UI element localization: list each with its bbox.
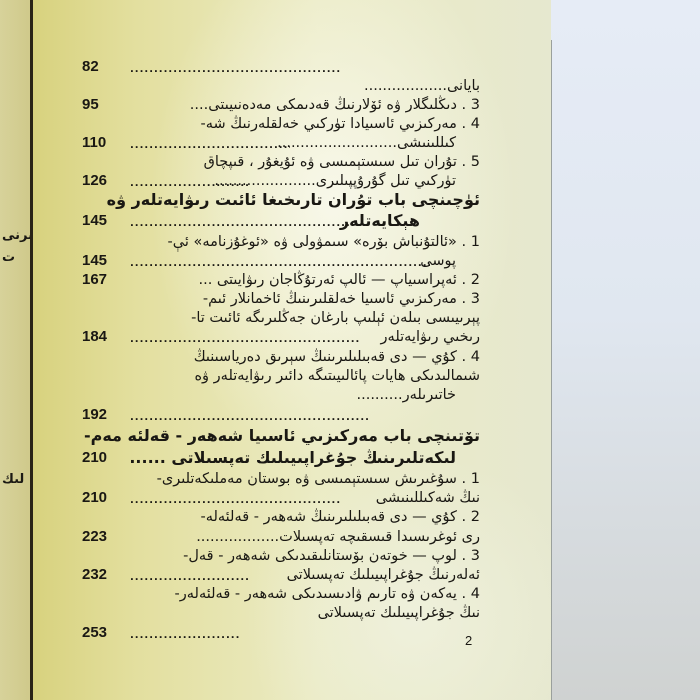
toc-entry-line: 2 . ئەپراسىياپ — ئالپ ئەرتۇڭاجان رىۋايىت…	[82, 270, 480, 290]
toc-entry-line: 2 . كۇي — دى قەبىلىلىرىنىڭ شەھەر - قەلئە…	[82, 507, 480, 527]
toc-entry-text: شىمالىدىكى ھايات پائالىيىتىگە دائىر رىۋا…	[194, 366, 480, 386]
dot-leader: ..........................	[130, 626, 240, 646]
toc-entry-text: كىللىنىشى..........................	[277, 133, 456, 153]
toc-page-number: 184	[82, 327, 107, 347]
toc-entry-line: 5 . تۇران تىل سىستېمىسى ۋە ئۇيغۇر ، قىپچ…	[82, 152, 480, 172]
left-page-fragment: بىرنى	[2, 228, 32, 243]
toc-entry-line: 253..........................	[82, 623, 480, 643]
toc-entry-text: 3 . دىڭلىگلار ۋە ئۆلارنىڭ قەدىمكى مەدەنى…	[190, 95, 480, 115]
toc-page-number: 95	[82, 95, 99, 115]
toc-entry-line: تۈركىي تىل گۇرۇپپىلىرى..................…	[82, 171, 480, 191]
toc-page-number: 210	[82, 448, 107, 468]
toc-entry-text: 1 . «ئالتۇنباش بۆرە» سىمۋولى ۋە «ئوغۇزنا…	[168, 232, 480, 252]
dot-leader: ........................................…	[130, 408, 370, 428]
toc-entry-text: 3 . مەركىزىي ئاسىيا خەلقلىرىنىڭ ئاخمانلا…	[203, 289, 480, 309]
toc-chapter-line: تۆتىنچى باب مەركىزىي ئاسىيا شەھەر - قەلئ…	[82, 426, 480, 446]
toc-entry-line: پوسى145.................................…	[82, 251, 480, 271]
toc-entry-text: 3 . لوپ — خوتەن بۆستانلىقىدىكى شەھەر - ق…	[183, 546, 480, 566]
toc-entry-text: 2 . كۇي — دى قەبىلىلىرىنىڭ شەھەر - قەلئە…	[200, 507, 480, 527]
toc-page-number: 110	[82, 133, 106, 153]
left-page-fragment: لىك	[2, 472, 24, 487]
toc-entry-line: پېرىيىسى بىلەن ئېلىپ بارغان جەڭلىرىگە ئا…	[82, 308, 480, 328]
toc-page-number: 145	[82, 251, 107, 271]
toc-entry-text: تۈركىي تىل گۇرۇپپىلىرى..................…	[214, 171, 456, 191]
toc-entry-text: 4 . كۇي — دى قەبىلىلىرىنىڭ سېرىق دەرياسى…	[194, 347, 480, 367]
toc-entry-line: 4 . يەكەن ۋە تارىم ۋادىسىدىكى شەھەر - قە…	[82, 584, 480, 604]
toc-page-number: 210	[82, 488, 107, 508]
toc-entry-text: 1 . سۇغىرىش سىستېمىسى ۋە بوستان مەملىكەت…	[157, 469, 480, 489]
toc-entry-line: 4 . مەركىزىي ئاسىيادا تۈركىي خەلقلەرنىڭ …	[82, 114, 480, 134]
toc-entry-line: رى ئوغرىسىدا قىسقىچە تەپسىلات...........…	[82, 527, 480, 547]
toc-entry-line: 1 . سۇغىرىش سىستېمىسى ۋە بوستان مەملىكەت…	[82, 469, 480, 489]
toc-entry-line: 3 . لوپ — خوتەن بۆستانلىقىدىكى شەھەر - ق…	[82, 546, 480, 566]
toc-entry-text: رىخىي رىۋايەتلەر	[381, 327, 480, 347]
toc-entry-line: خاتىرىلەر..........	[82, 385, 480, 405]
toc-entry-line: 82......................................…	[82, 57, 480, 77]
toc-entry-line: نىڭ شەكىللىنىشى210......................…	[82, 488, 480, 508]
page-edge-line	[551, 40, 552, 700]
toc-entry-text: پېرىيىسى بىلەن ئېلىپ بارغان جەڭلىرىگە ئا…	[191, 308, 480, 328]
toc-page-number: 145	[82, 211, 107, 231]
toc-entry-text: ئەلەرنىڭ جۇغراپىيىلىك تەپسىلاتى	[287, 565, 480, 585]
toc-entry-text: رى ئوغرىسىدا قىسقىچە تەپسىلات...........…	[196, 527, 480, 547]
toc-entry-line: 192.....................................…	[82, 405, 480, 425]
left-page-edge: بىرنى ت لىك	[0, 0, 32, 700]
toc-page-number: 192	[82, 405, 107, 425]
toc-entry-text: بايانى..................	[364, 76, 480, 96]
toc-entry-text: ئۈچىنچى باب تۇران تارىخىغا ئائىت رىۋايەت…	[107, 190, 480, 210]
dot-leader: ........................................…	[130, 214, 360, 234]
toc-entry-line: ئەلەرنىڭ جۇغراپىيىلىك تەپسىلاتى232......…	[82, 565, 480, 585]
toc-entry-text: نىڭ شەكىللىنىشى	[376, 488, 480, 508]
toc-chapter-line: ئۈچىنچى باب تۇران تارىخىغا ئائىت رىۋايەت…	[82, 190, 480, 210]
toc-entry-text: نىڭ جۇغراپىيىلىك تەپسىلاتى	[318, 603, 480, 623]
toc-entry-line: 3 . دىڭلىگلار ۋە ئۆلارنىڭ قەدىمكى مەدەنى…	[82, 95, 480, 115]
toc-entry-text: 4 . يەكەن ۋە تارىم ۋادىسىدىكى شەھەر - قە…	[175, 584, 480, 604]
toc-chapter-line: لىكەتلىرىنىڭ جۇغراپىيىلىك تەپسىلاتى ....…	[82, 448, 480, 468]
toc-entry-text: خاتىرىلەر..........	[357, 385, 457, 405]
toc-entry-text: 2 . ئەپراسىياپ — ئالپ ئەرتۇڭاجان رىۋايىت…	[198, 270, 480, 290]
toc-page-number: 126	[82, 171, 107, 191]
toc-entry-line: بايانى..................	[82, 76, 480, 96]
toc-chapter-line: ھېكايەتلەر145...........................…	[82, 211, 480, 231]
toc-page-number: 82	[82, 57, 99, 77]
toc-entry-text: تۆتىنچى باب مەركىزىي ئاسىيا شەھەر - قەلئ…	[84, 426, 480, 446]
toc-page-number: 253	[82, 623, 107, 643]
toc-entry-text: لىكەتلىرىنىڭ جۇغراپىيىلىك تەپسىلاتى ....…	[129, 448, 456, 468]
toc-page-number: 223	[82, 527, 107, 547]
toc-entry-line: رىخىي رىۋايەتلەر184.....................…	[82, 327, 480, 347]
page-number: 2	[465, 633, 472, 648]
toc-entry-text: 4 . مەركىزىي ئاسىيادا تۈركىي خەلقلەرنىڭ …	[201, 114, 480, 134]
toc-page-number: 167	[82, 270, 107, 290]
toc-page-number: 232	[82, 565, 107, 585]
toc-entry-line: 3 . مەركىزىي ئاسىيا خەلقلىرىنىڭ ئاخمانلا…	[82, 289, 480, 309]
toc-entry-line: كىللىنىشى..........................110..…	[82, 133, 480, 153]
left-page-fragment: ت	[2, 250, 15, 265]
toc-entry-line: 4 . كۇي — دى قەبىلىلىرىنىڭ سېرىق دەرياسى…	[82, 347, 480, 367]
toc-entry-line: نىڭ جۇغراپىيىلىك تەپسىلاتى	[82, 603, 480, 623]
toc-entry-line: 1 . «ئالتۇنباش بۆرە» سىمۋولى ۋە «ئوغۇزنا…	[82, 232, 480, 252]
toc-entry-text: 5 . تۇران تىل سىستېمىسى ۋە ئۇيغۇر ، قىپچ…	[204, 152, 480, 172]
toc-entry-line: شىمالىدىكى ھايات پائالىيىتىگە دائىر رىۋا…	[82, 366, 480, 386]
